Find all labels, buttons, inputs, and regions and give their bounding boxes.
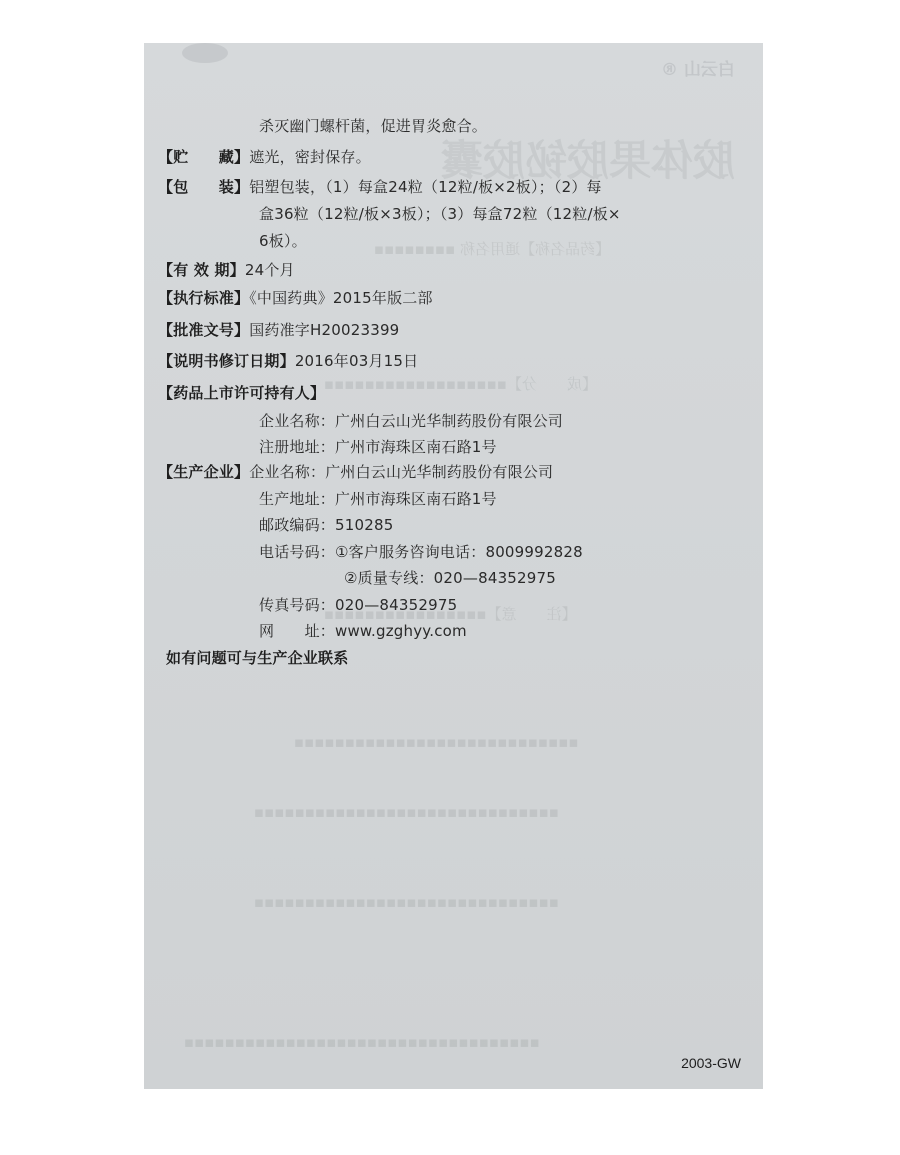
standard-section: 【执行标准】《中国药典》2015年版二部 [158,288,433,308]
mah-company-name: 企业名称：广州白云山光华制药股份有限公司 [259,411,563,431]
packaging-line-3: 6板）。 [259,231,307,251]
validity-label: 【有 效 期】 [158,261,245,279]
packaging-line-2: 盒36粒（12粒/板×3板）；（3）每盒72粒（12粒/板× [259,204,621,224]
packaging-label: 【包 装】 [158,178,249,196]
revision-date-label: 【说明书修订日期】 [158,352,295,370]
ghost-reverse-text: 【药品名称】通用名称 ▪▪▪▪▪▪▪▪ [374,238,610,259]
packaging-section: 【包 装】铝塑包装，（1）每盒24粒（12粒/板×2板）；（2）每 [158,177,602,197]
manufacturer-website: 网 址：www.gzghyy.com [259,621,467,641]
manufacturer-fax: 传真号码：020—84352975 [259,595,457,615]
manufacturer-phone-2: ②质量专线：020—84352975 [344,568,556,588]
revision-date-value: 2016年03月15日 [295,352,419,370]
validity-section: 【有 效 期】24个月 [158,260,295,280]
standard-label: 【执行标准】 [158,289,249,307]
contact-note: 如有问题可与生产企业联系 [166,648,348,668]
leaflet-paper: 白云山 ® 胶体果胶铋胶囊 【药品名称】通用名称 ▪▪▪▪▪▪▪▪ 【成 分】▪… [144,43,763,1089]
packaging-line-1: 铝塑包装，（1）每盒24粒（12粒/板×2板）；（2）每 [249,178,602,196]
revision-date-section: 【说明书修订日期】2016年03月15日 [158,351,418,371]
standard-value: 《中国药典》2015年版二部 [249,289,432,307]
manufacturer-company-name: 企业名称：广州白云山光华制药股份有限公司 [249,463,553,481]
page: 白云山 ® 胶体果胶铋胶囊 【药品名称】通用名称 ▪▪▪▪▪▪▪▪ 【成 分】▪… [0,0,900,1155]
approval-value: 国药准字H20023399 [249,321,399,339]
storage-section: 【贮 藏】遮光，密封保存。 [158,147,371,167]
validity-value: 24个月 [245,261,295,279]
mah-registered-address: 注册地址：广州市海珠区南石路1号 [259,437,497,457]
approval-section: 【批准文号】国药准字H20023399 [158,320,399,340]
brand-logo-icon [182,43,228,63]
mah-section: 【药品上市许可持有人】 [158,383,325,403]
approval-label: 【批准文号】 [158,321,249,339]
storage-label: 【贮 藏】 [158,148,249,166]
manufacturer-production-address: 生产地址：广州市海珠区南石路1号 [259,489,497,509]
storage-value: 遮光，密封保存。 [249,148,371,166]
ghost-reverse-text: 【成 分】▪▪▪▪▪▪▪▪▪▪▪▪▪▪▪▪▪▪ [324,373,597,394]
manufacturer-postal-code: 邮政编码：510285 [259,515,393,535]
manufacturer-section: 【生产企业】企业名称：广州白云山光华制药股份有限公司 [158,462,553,482]
ghost-reverse-text: ▪▪▪▪▪▪▪▪▪▪▪▪▪▪▪▪▪▪▪▪▪▪▪▪▪▪▪▪▪▪ [254,893,559,911]
manufacturer-phone-1: 电话号码：①客户服务咨询电话：8009992828 [259,542,583,562]
ghost-reverse-text: ▪▪▪▪▪▪▪▪▪▪▪▪▪▪▪▪▪▪▪▪▪▪▪▪▪▪▪▪▪▪▪▪▪▪▪ [184,1033,540,1051]
mah-label: 【药品上市许可持有人】 [158,384,325,402]
ghost-reverse-text: ▪▪▪▪▪▪▪▪▪▪▪▪▪▪▪▪▪▪▪▪▪▪▪▪▪▪▪▪ [294,733,579,751]
intro-line: 杀灭幽门螺杆菌，促进胃炎愈合。 [259,116,487,136]
ghost-reverse-text: ▪▪▪▪▪▪▪▪▪▪▪▪▪▪▪▪▪▪▪▪▪▪▪▪▪▪▪▪▪▪ [254,803,559,821]
ghost-brand-mark: 白云山 ® [661,55,735,80]
print-code: 2003-GW [681,1055,741,1071]
manufacturer-label: 【生产企业】 [158,463,249,481]
